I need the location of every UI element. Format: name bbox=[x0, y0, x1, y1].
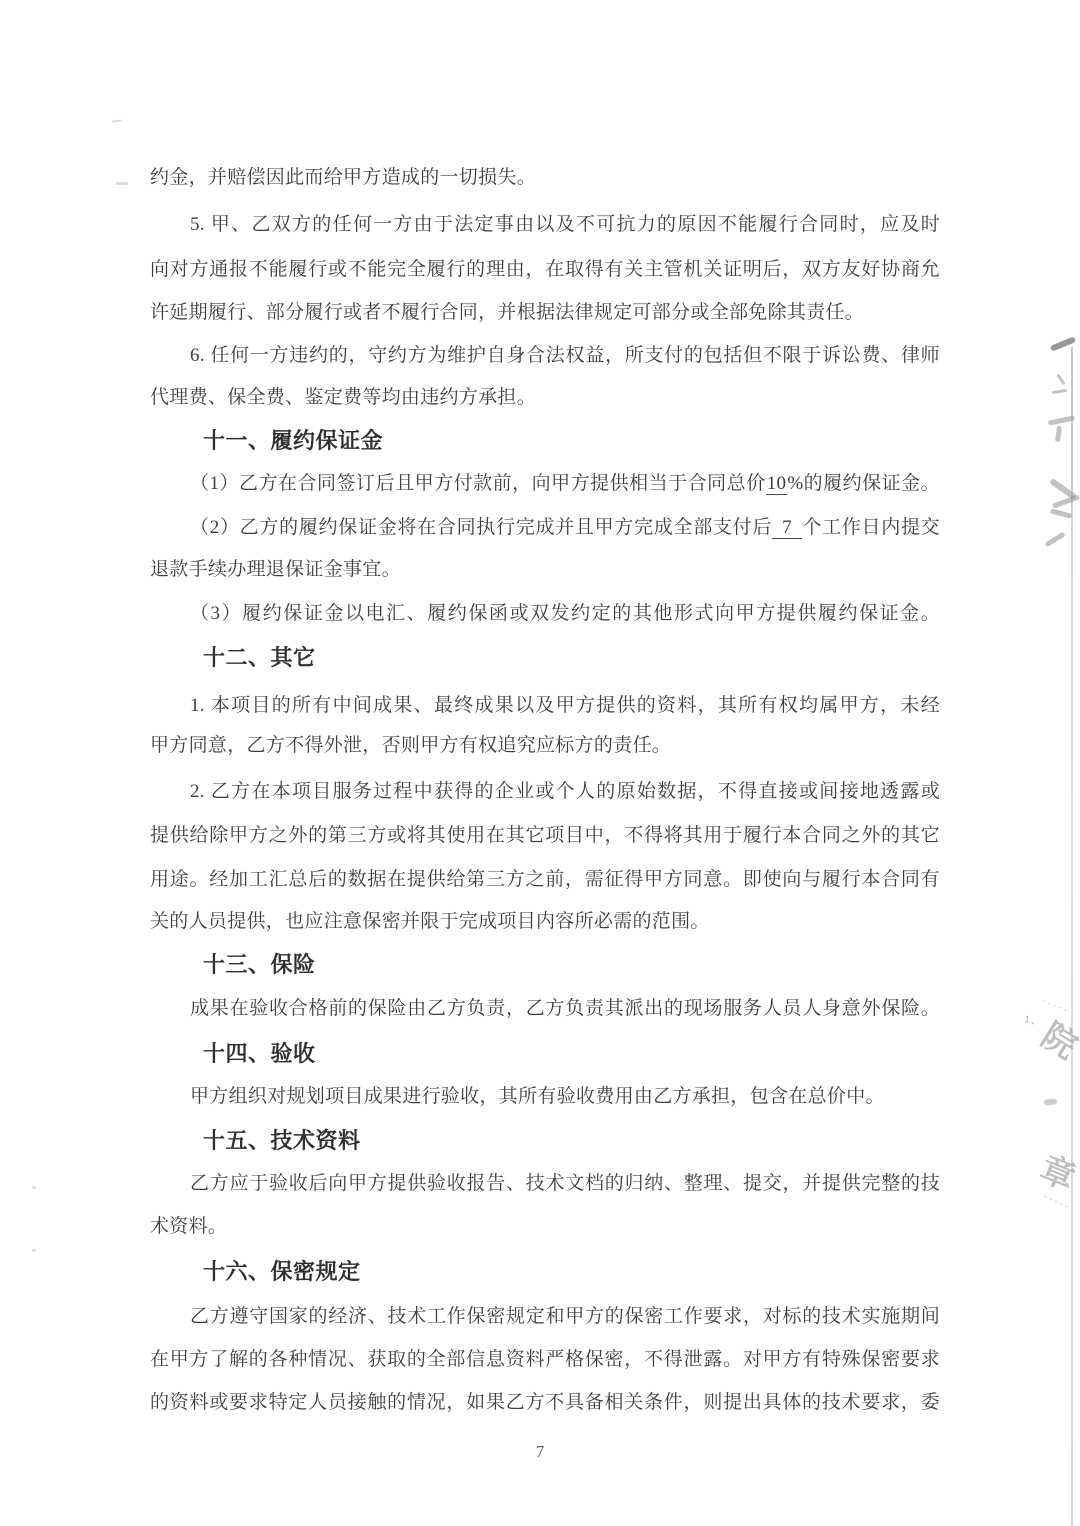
contract-text-line: 用途。经加工汇总后的数据在提供给第三方之前，需征得甲方同意。即使向与履行本合同有 bbox=[150, 865, 940, 895]
contract-text-line: 关的人员提供，也应注意保密并限于完成项目内容所必需的范围。 bbox=[150, 907, 940, 937]
scan-speck bbox=[112, 120, 122, 123]
contract-text-line: 甲方组织对规划项目成果进行验收，其所有验收费用由乙方承担，包含在总价中。 bbox=[150, 1082, 940, 1112]
contract-text-line: 的资料或要求特定人员接触的情况，如果乙方不具备相关条件，则提出具体的技术要求，委 bbox=[150, 1388, 940, 1418]
scan-speck bbox=[32, 1249, 36, 1252]
contract-text-line: 6. 任何一方违约的，守约方为维护自身合法权益，所支付的包括但不限于诉讼费、律师 bbox=[150, 341, 940, 371]
contract-text-line: 术资料。 bbox=[150, 1212, 940, 1242]
clause-pre-text: （1）乙方在合同签订后且甲方付款前，向甲方提供相当于合同总价 bbox=[190, 473, 766, 494]
clause-post-text: 个工作日内提交 bbox=[802, 517, 940, 538]
contract-text-line: 1. 本项目的所有中间成果、最终成果以及甲方提供的资料，其所有权均属甲方，未经 bbox=[150, 691, 940, 721]
contract-text-line: 提供给除甲方之外的第三方或将其使用在其它项目中，不得将其用于履行本合同之外的其它 bbox=[150, 821, 940, 851]
contract-text-line: （3）履约保证金以电汇、履约保函或双发约定的其他形式向甲方提供履约保证金。 bbox=[150, 599, 940, 629]
contract-text-line: 5. 甲、乙双方的任何一方由于法定事由以及不可抗力的原因不能履行合同时，应及时 bbox=[150, 210, 940, 240]
scan-speck bbox=[32, 1186, 36, 1189]
clause-post-text: %的履约保证金。 bbox=[787, 473, 940, 494]
contract-text-line: 约金，并赔偿因此而给甲方造成的一切损失。 bbox=[150, 163, 940, 193]
seal-character-zhang: 章 bbox=[1034, 1141, 1080, 1199]
scan-speck bbox=[116, 182, 128, 185]
seal-small-mark bbox=[1044, 1098, 1057, 1105]
contract-text-line: 代理费、保全费、鉴定费等均由违约方承担。 bbox=[150, 383, 940, 413]
contract-text-line: （1）乙方在合同签订后且甲方付款前，向甲方提供相当于合同总价10%的履约保证金。 bbox=[150, 469, 940, 499]
document-page: 约金，并赔偿因此而给甲方造成的一切损失。 5. 甲、乙双方的任何一方由于法定事由… bbox=[0, 0, 1080, 1526]
contract-text-line: 甲方同意，乙方不得外泄，否则甲方有权追究应标方的责任。 bbox=[150, 731, 940, 761]
heading-confidentiality: 十六、保密规定 bbox=[150, 1256, 940, 1288]
contract-text-line: 退款手续办理退保证金事宜。 bbox=[150, 555, 940, 585]
underlined-value-10-percent: 10 bbox=[766, 473, 788, 495]
heading-other: 十二、其它 bbox=[150, 642, 940, 674]
scan-fold-line bbox=[1071, 347, 1073, 1526]
heading-insurance: 十三、保险 bbox=[150, 949, 940, 981]
contract-text-line: 乙方应于验收后向甲方提供验收报告、技术文档的归纳、整理、提交，并提供完整的技 bbox=[150, 1169, 940, 1199]
heading-performance-bond: 十一、履约保证金 bbox=[150, 425, 940, 457]
contract-text-line: 2. 乙方在本项目服务过程中获得的企业或个人的原始数据，不得直接或间接地透露或 bbox=[150, 777, 940, 807]
page-number: 7 bbox=[0, 1442, 1080, 1462]
contract-text-line: 许延期履行、部分履行或者不履行合同，并根据法律规定可部分或全部免除其责任。 bbox=[150, 298, 940, 328]
scan-fold-tick bbox=[1050, 336, 1076, 351]
underlined-value-7-days: 7 bbox=[772, 517, 802, 539]
contract-text-line: 向对方通报不能履行或不能完全履行的理由，在取得有关主管机关证明后，双方友好协商允 bbox=[150, 255, 940, 285]
contract-text-line: 成果在验收合格前的保险由乙方负责，乙方负责其派出的现场服务人员人身意外保险。 bbox=[150, 994, 940, 1024]
heading-acceptance: 十四、验收 bbox=[150, 1038, 940, 1070]
clause-pre-text: （2）乙方的履约保证金将在合同执行完成并且甲方完成全部支付后 bbox=[190, 517, 772, 538]
heading-technical-documents: 十五、技术资料 bbox=[150, 1125, 940, 1157]
seal-character-yuan: 院 bbox=[1034, 1009, 1080, 1069]
contract-text-line: 在甲方了解的各种情况、获取的全部信息资料严格保密，不得泄露。对甲方有特殊保密要求 bbox=[150, 1345, 940, 1375]
contract-text-line: （2）乙方的履约保证金将在合同执行完成并且甲方完成全部支付后7个工作日内提交 bbox=[150, 513, 940, 543]
contract-text-line: 乙方遵守国家的经济、技术工作保密规定和甲方的保密工作要求，对标的技术实施期间 bbox=[150, 1302, 940, 1332]
seal-tick-text: 1, bbox=[1023, 1015, 1037, 1027]
